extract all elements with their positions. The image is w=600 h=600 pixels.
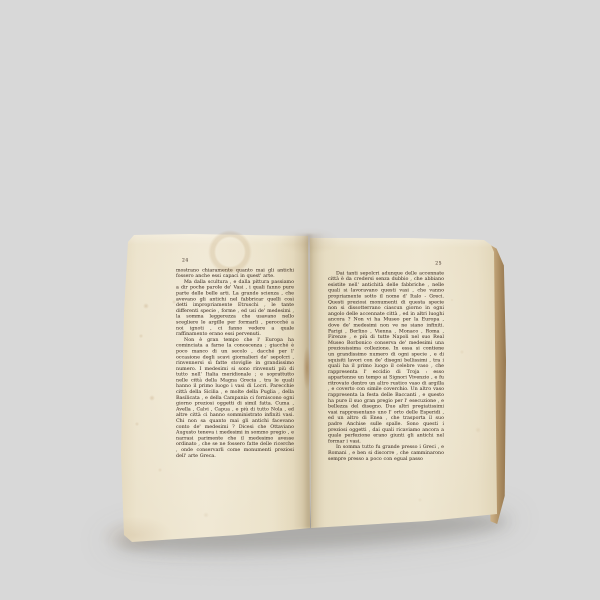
- right-page-number: 25: [328, 261, 444, 267]
- book-gutter-shadow: [293, 234, 325, 528]
- left-page-number: 24: [176, 258, 294, 264]
- right-page-text-column: 25 Dai tanti sepolcri adunque delle acce…: [328, 261, 446, 479]
- right-page-text: 25 Dai tanti sepolcri adunque delle acce…: [328, 261, 444, 462]
- left-page-text-column: 24 mostrano chiaramente quanto mai gli a…: [176, 258, 296, 490]
- right-page-paragraph-1: Dai tanti sepolcri adunque delle accenna…: [328, 270, 444, 444]
- photograph-backdrop: 24 mostrano chiaramente quanto mai gli a…: [0, 0, 600, 600]
- right-page-paragraph-2: In somma tutto fu grande presso i Greci …: [328, 444, 444, 461]
- left-page-paragraph-2: Ma dalla scultura , e dalla pittura pass…: [176, 279, 294, 337]
- left-page-text: 24 mostrano chiaramente quanto mai gli a…: [176, 258, 294, 459]
- left-page-paragraph-1: mostrano chiaramente quanto mai gli anti…: [176, 267, 294, 279]
- left-page-paragraph-3: Non è gran tempo che l' Europa ha cominc…: [176, 337, 294, 459]
